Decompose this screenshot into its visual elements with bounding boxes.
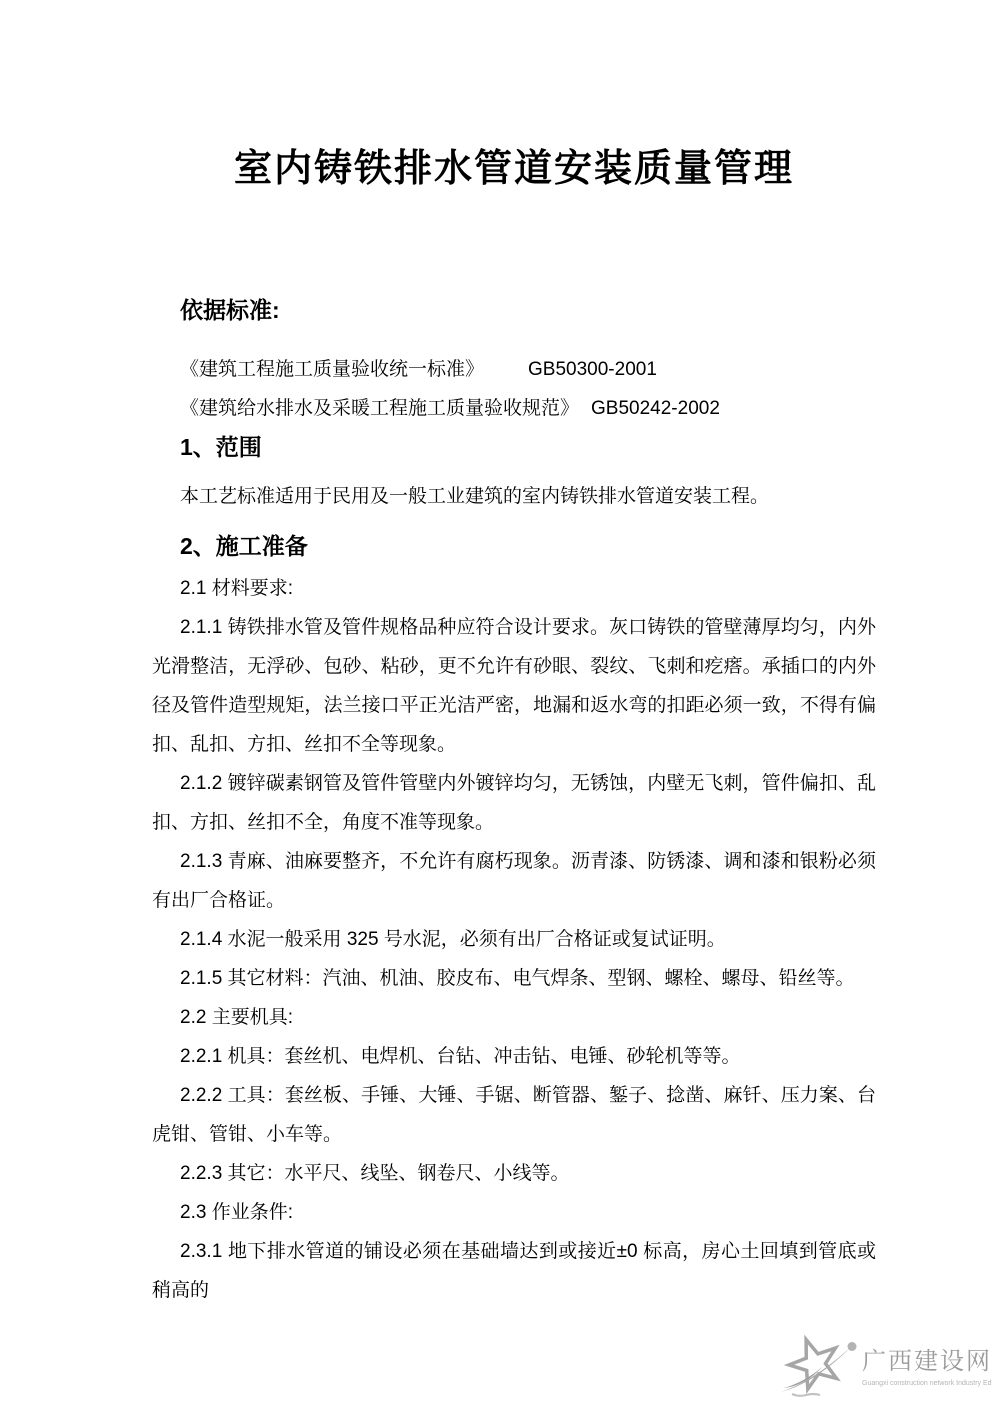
star-logo-icon <box>778 1334 860 1400</box>
document-title: 室内铸铁排水管道安装质量管理 <box>152 146 876 192</box>
standard-name: 《建筑工程施工质量验收统一标准》 <box>180 359 484 380</box>
paragraph-2-1-5: 2.1.5 其它材料：汽油、机油、胶皮布、电气焊条、型钢、螺栓、螺母、铅丝等。 <box>152 959 876 998</box>
standard-code: GB50242-2002 <box>591 398 720 419</box>
standard-code: GB50300-2001 <box>528 359 657 380</box>
watermark-cn-text: 广西建设网 <box>862 1348 992 1376</box>
watermark-en-text: Guangxi construction network Industry Ed… <box>862 1380 992 1387</box>
document-content: 室内铸铁排水管道安装质量管理 依据标准: 《建筑工程施工质量验收统一标准》GB5… <box>152 0 876 1310</box>
paragraph-2-1-4: 2.1.4 水泥一般采用 325 号水泥，必须有出厂合格证或复试证明。 <box>152 920 876 959</box>
paragraph-2-1-2: 2.1.2 镀锌碳素钢管及管件管壁内外镀锌均匀，无锈蚀，内壁无飞刺，管件偏扣、乱… <box>152 764 876 842</box>
standards-heading: 依据标准: <box>152 294 876 326</box>
standards-list: 《建筑工程施工质量验收统一标准》GB50300-2001 《建筑给水排水及采暖工… <box>152 350 876 428</box>
paragraph-2-3-1: 2.3.1 地下排水管道的铺设必须在基础墙达到或接近±0 标高，房心土回填到管底… <box>152 1232 876 1310</box>
standard-name: 《建筑给水排水及采暖工程施工质量验收规范》 <box>180 398 579 419</box>
document-page: 室内铸铁排水管道安装质量管理 依据标准: 《建筑工程施工质量验收统一标准》GB5… <box>0 0 992 1403</box>
section-heading-scope: 1、范围 <box>152 428 876 467</box>
watermark: 广西建设网 Guangxi construction network Indus… <box>778 1334 992 1400</box>
standard-row: 《建筑给水排水及采暖工程施工质量验收规范》GB50242-2002 <box>152 389 876 428</box>
section-heading-preparation: 2、施工准备 <box>152 526 876 566</box>
standard-row: 《建筑工程施工质量验收统一标准》GB50300-2001 <box>152 350 876 389</box>
paragraph-2-1: 2.1 材料要求: <box>152 569 876 608</box>
paragraph-2-1-3: 2.1.3 青麻、油麻要整齐，不允许有腐朽现象。沥青漆、防锈漆、调和漆和银粉必须… <box>152 842 876 920</box>
paragraph-2-1-1: 2.1.1 铸铁排水管及管件规格品种应符合设计要求。灰口铸铁的管壁薄厚均匀，内外… <box>152 608 876 764</box>
logo-script-flourish <box>792 1394 820 1396</box>
paragraph-2-3: 2.3 作业条件: <box>152 1193 876 1232</box>
paragraph-2-2-2: 2.2.2 工具：套丝板、手锤、大锤、手锯、断管器、錾子、捻凿、麻钎、压力案、台… <box>152 1076 876 1154</box>
scope-paragraph: 本工艺标准适用于民用及一般工业建筑的室内铸铁排水管道安装工程。 <box>152 477 876 516</box>
paragraph-2-2: 2.2 主要机具: <box>152 998 876 1037</box>
paragraph-2-2-3: 2.2.3 其它：水平尺、线坠、钢卷尺、小线等。 <box>152 1154 876 1193</box>
paragraph-2-2-1: 2.2.1 机具：套丝机、电焊机、台钻、冲击钻、电锤、砂轮机等等。 <box>152 1037 876 1076</box>
